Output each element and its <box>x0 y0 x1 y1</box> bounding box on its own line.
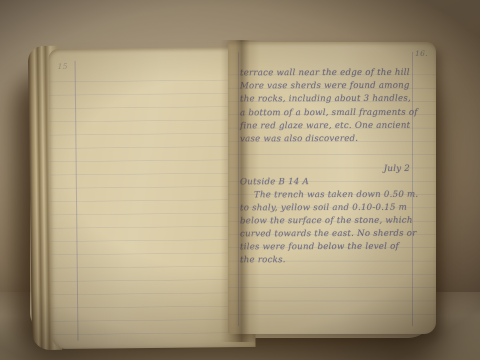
handwriting-line: to shaly, yellow soil and 0.10-0.15 m <box>240 203 426 214</box>
handwriting-line: More vase sherds were found among <box>240 81 426 92</box>
handwriting-line: tiles were found below the level of <box>240 242 426 253</box>
handwriting-line: the rocks. <box>240 255 426 266</box>
page-number-left: 15 <box>58 62 68 71</box>
entry-date: July 2 <box>348 164 410 174</box>
entry-heading: Outside B 14 A <box>240 177 426 188</box>
handwriting-line: below the surface of the stone, which <box>240 216 426 227</box>
handwriting-line: terrace wall near the edge of the hill <box>240 68 426 79</box>
notebook: 15 16. terrace wall near the edge of the… <box>26 40 438 348</box>
handwriting-line: vase was also discovered. <box>240 134 426 145</box>
handwriting-line: The trench was taken down 0.50 m. <box>254 190 440 201</box>
handwriting-line: fine red glaze ware, etc. One ancient <box>240 121 426 132</box>
handwriting-line: curved towards the east. No sherds or <box>240 229 426 240</box>
notebook-photo: 15 16. terrace wall near the edge of the… <box>0 0 480 360</box>
handwriting-line: the rocks, including about 3 handles, <box>240 94 426 105</box>
gutter-shadow <box>220 40 260 342</box>
handwriting-line: a bottom of a bowl, small fragments of <box>240 108 426 119</box>
page-number-right: 16. <box>415 49 428 58</box>
